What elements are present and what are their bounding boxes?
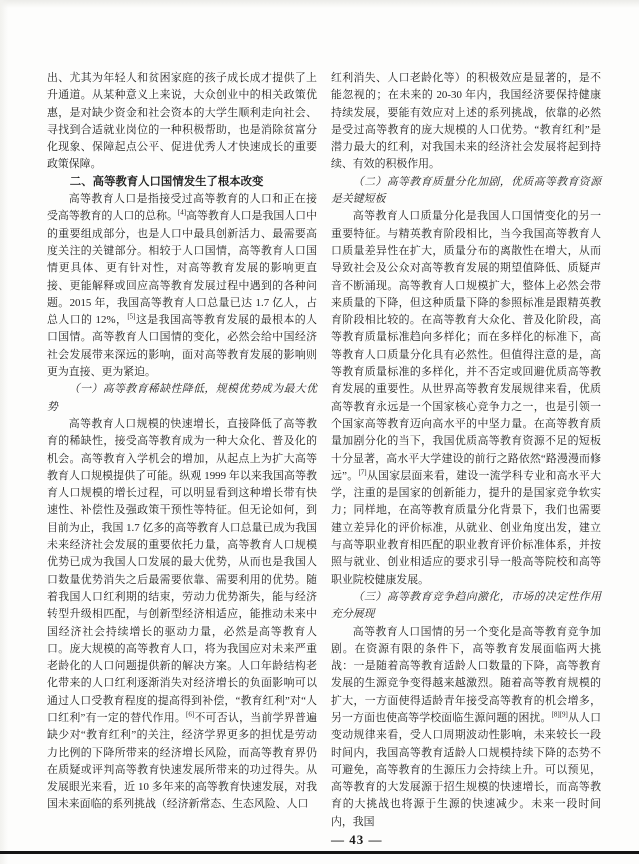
text-segment: 高等教育人口是我国人口中的重要组成部分，也是人口中最具创新活力、最需要高度关注的… [47, 210, 317, 326]
page-number: — 43 — [331, 831, 601, 848]
body-paragraph-continuation: 出、尤其为年轻人和贫困家庭的孩子成长成才提供了上升通道。从某种意义上来说，大众创… [47, 70, 317, 174]
text-segment: 从人口变动规律来看，受人口周期波动性影响，未来较长一段时间内，我国高等教育适龄人… [331, 712, 601, 828]
right-column: 红利消失、人口老龄化等）的积极效应是显著的，是不能忽视的；在未来的 20-30 … [331, 70, 601, 848]
footnote-ref: [8][9] [552, 710, 568, 718]
subsection-heading: （三）高等教育竞争趋向激化，市场的决定性作用充分展现 [331, 589, 601, 624]
two-column-text-area: 出、尤其为年轻人和贫困家庭的孩子成长成才提供了上升通道。从某种意义上来说，大众创… [47, 70, 601, 848]
text-segment: 不可否认，当前学界普遍缺少对“教育红利”的关注，经济学界更多的担忧是劳动力比例的… [47, 712, 317, 810]
body-paragraph-continuation: 红利消失、人口老龄化等）的积极效应是显著的，是不能忽视的；在未来的 20-30 … [331, 70, 601, 174]
body-paragraph: 高等教育人口是指接受过高等教育的人口和正在接受高等教育的人口的总称。[4]高等教… [47, 191, 317, 381]
text-segment: 高等教育人口规模的快速增长，直接降低了高等教育的稀缺性，接受高等教育成为一种大众… [47, 418, 317, 724]
scanned-paper-page: { "left_column": { "para_continuation": … [0, 0, 639, 864]
scan-edge-left [0, 0, 8, 864]
subsection-heading: （二）高等教育质量分化加剧，优质高等教育资源是关键短板 [331, 174, 601, 209]
section-heading: 二、高等教育人口国情发生了根本改变 [47, 174, 317, 191]
scan-edge-top [0, 0, 639, 8]
footnote-ref: [4] [178, 209, 186, 217]
body-paragraph: 高等教育人口规模的快速增长，直接降低了高等教育的稀缺性，接受高等教育成为一种大众… [47, 416, 317, 814]
subsection-heading: （一）高等教育稀缺性降低，规模优势成为最大优势 [47, 381, 317, 416]
body-paragraph: 高等教育人口国情的另一个变化是高等教育竞争加剧。在资源有限的条件下，高等教育发展… [331, 624, 601, 832]
footnote-ref: [6] [186, 710, 194, 718]
text-segment: 高等教育人口质量分化是我国人口国情变化的另一重要特征。与精英教育阶段相比，当今我… [331, 210, 601, 481]
footnote-ref: [7] [358, 468, 366, 476]
text-segment: 从国家层面来看，建设一流学科专业和高水平大学，注重的是国家的创新能力，提升的是国… [331, 470, 601, 586]
body-paragraph: 高等教育人口质量分化是我国人口国情变化的另一重要特征。与精英教育阶段相比，当今我… [331, 208, 601, 589]
scan-edge-bottom [0, 851, 639, 854]
left-column: 出、尤其为年轻人和贫困家庭的孩子成长成才提供了上升通道。从某种意义上来说，大众创… [47, 70, 317, 848]
